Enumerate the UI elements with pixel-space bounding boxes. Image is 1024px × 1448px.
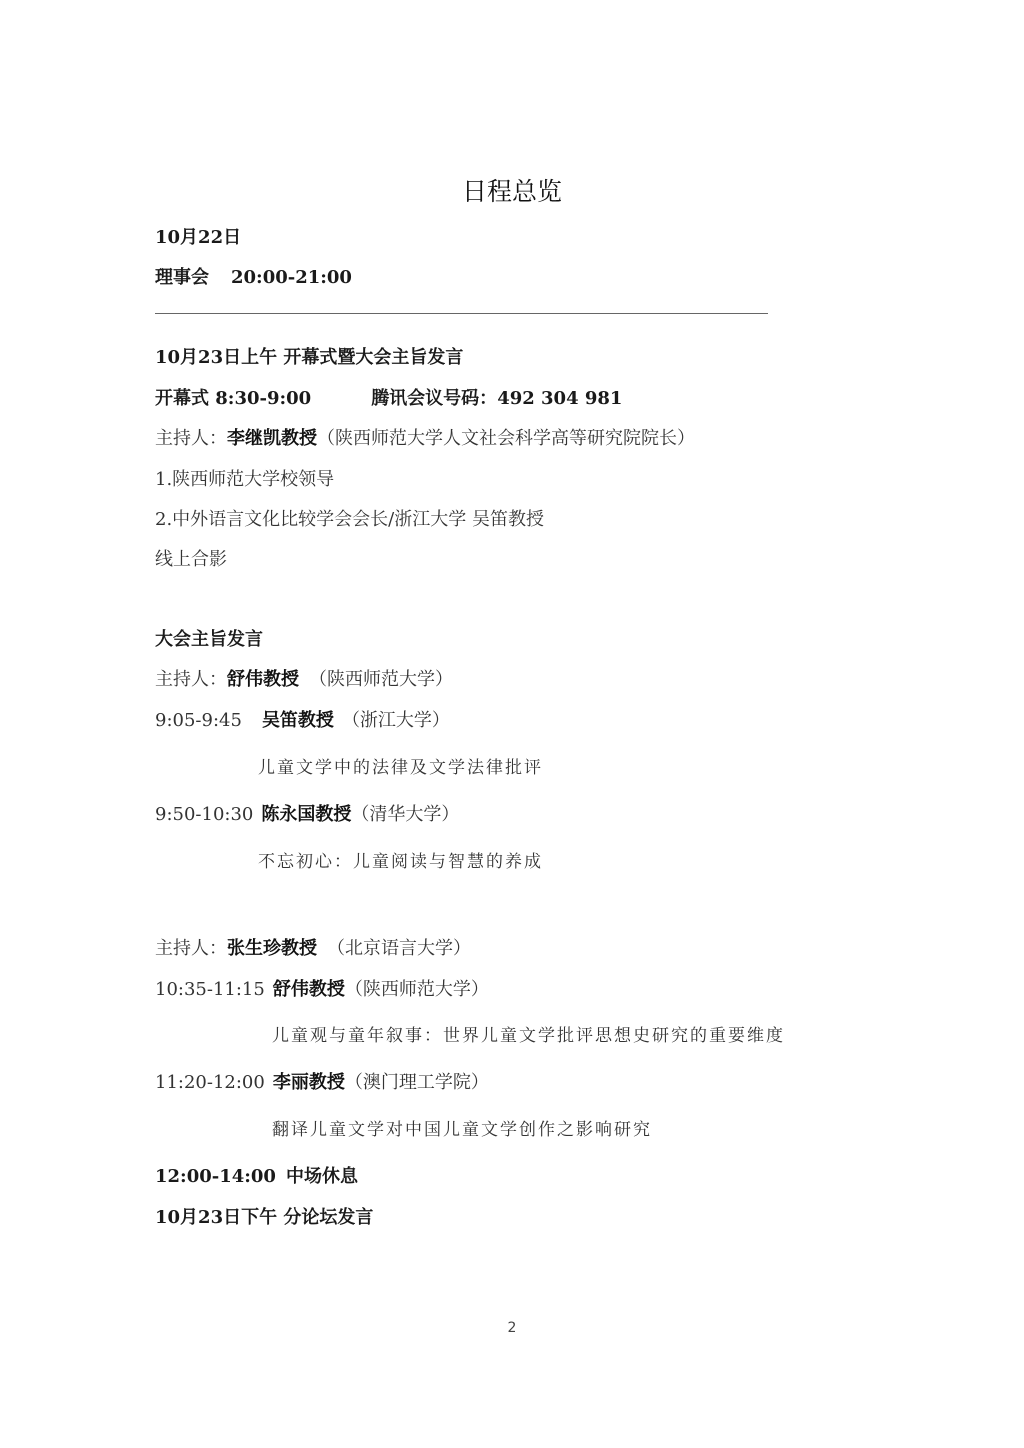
host-name: 舒伟教授 [227, 669, 299, 690]
talk-title: 儿童文学中的法律及文学法律批评 [258, 756, 543, 780]
day1-date: 10月22日 [155, 226, 241, 250]
talk-affiliation: （浙江大学） [342, 710, 450, 731]
talk-time: 10:35-11:15 [155, 979, 265, 1000]
host-prefix: 主持人： [155, 669, 227, 690]
talk-title: 翻译儿童文学对中国儿童文学创作之影响研究 [272, 1118, 652, 1142]
talk-row: 11:20-12:00李丽教授（澳门理工学院） [155, 1071, 489, 1095]
talk-speaker: 舒伟教授 [273, 979, 345, 1000]
opening-item: 1.陕西师范大学校领导 [155, 468, 334, 492]
host-name: 张生珍教授 [227, 938, 317, 959]
host-affiliation: （北京语言大学） [327, 938, 471, 959]
break-label: 中场休息 [286, 1166, 358, 1187]
meeting-id: 492 304 981 [497, 388, 622, 409]
talk-time: 11:20-12:00 [155, 1072, 265, 1093]
opening-item: 2.中外语言文化比较学会会长/浙江大学 吴笛教授 [155, 508, 544, 532]
talk-time: 9:50-10:30 [155, 804, 253, 825]
talk-affiliation: （清华大学） [351, 804, 459, 825]
talk-row: 10:35-11:15舒伟教授（陕西师范大学） [155, 978, 489, 1002]
board-meeting: 理事会20:00-21:00 [155, 266, 352, 290]
board-label: 理事会 [155, 267, 209, 288]
session2-host: 主持人：张生珍教授（北京语言大学） [155, 937, 471, 961]
morning-heading: 10月23日上午 开幕式暨大会主旨发言 [155, 346, 463, 370]
talk-row: 9:50-10:30陈永国教授（清华大学） [155, 803, 459, 827]
talk-affiliation: （陕西师范大学） [345, 979, 489, 1000]
page-number: 2 [0, 1320, 1024, 1336]
talk-time: 9:05-9:45 [155, 710, 242, 731]
session1-host: 主持人：舒伟教授（陕西师范大学） [155, 668, 453, 692]
host-affiliation: （陕西师范大学人文社会科学高等研究院院长） [317, 428, 695, 449]
host-prefix: 主持人： [155, 428, 227, 449]
opening-time: 8:30-9:00 [215, 388, 311, 409]
meeting-label: 腾讯会议号码： [371, 388, 497, 409]
talk-title: 儿童观与童年叙事：世界儿童文学批评思想史研究的重要维度 [272, 1024, 785, 1048]
document-page: 日程总览 10月22日 理事会20:00-21:00 10月23日上午 开幕式暨… [0, 0, 1024, 1448]
host-name: 李继凯教授 [227, 428, 317, 449]
talk-speaker: 吴笛教授 [262, 710, 334, 731]
opening-label: 开幕式 [155, 388, 209, 409]
opening-line: 开幕式 8:30-9:00腾讯会议号码：492 304 981 [155, 387, 622, 411]
talk-speaker: 陈永国教授 [261, 804, 351, 825]
divider [155, 313, 768, 314]
host-affiliation: （陕西师范大学） [309, 669, 453, 690]
group-photo: 线上合影 [155, 548, 227, 572]
afternoon-heading: 10月23日下午 分论坛发言 [155, 1206, 373, 1230]
break-time: 12:00-14:00 [155, 1166, 276, 1187]
talk-speaker: 李丽教授 [273, 1072, 345, 1093]
lunch-break: 12:00-14:00中场休息 [155, 1165, 358, 1189]
host-prefix: 主持人： [155, 938, 227, 959]
board-time: 20:00-21:00 [231, 267, 352, 288]
opening-host: 主持人：李继凯教授（陕西师范大学人文社会科学高等研究院院长） [155, 427, 695, 451]
talk-title: 不忘初心：儿童阅读与智慧的养成 [258, 850, 543, 874]
talk-row: 9:05-9:45吴笛教授（浙江大学） [155, 709, 450, 733]
talk-affiliation: （澳门理工学院） [345, 1072, 489, 1093]
keynote-heading: 大会主旨发言 [155, 628, 263, 652]
page-title: 日程总览 [0, 172, 1024, 208]
